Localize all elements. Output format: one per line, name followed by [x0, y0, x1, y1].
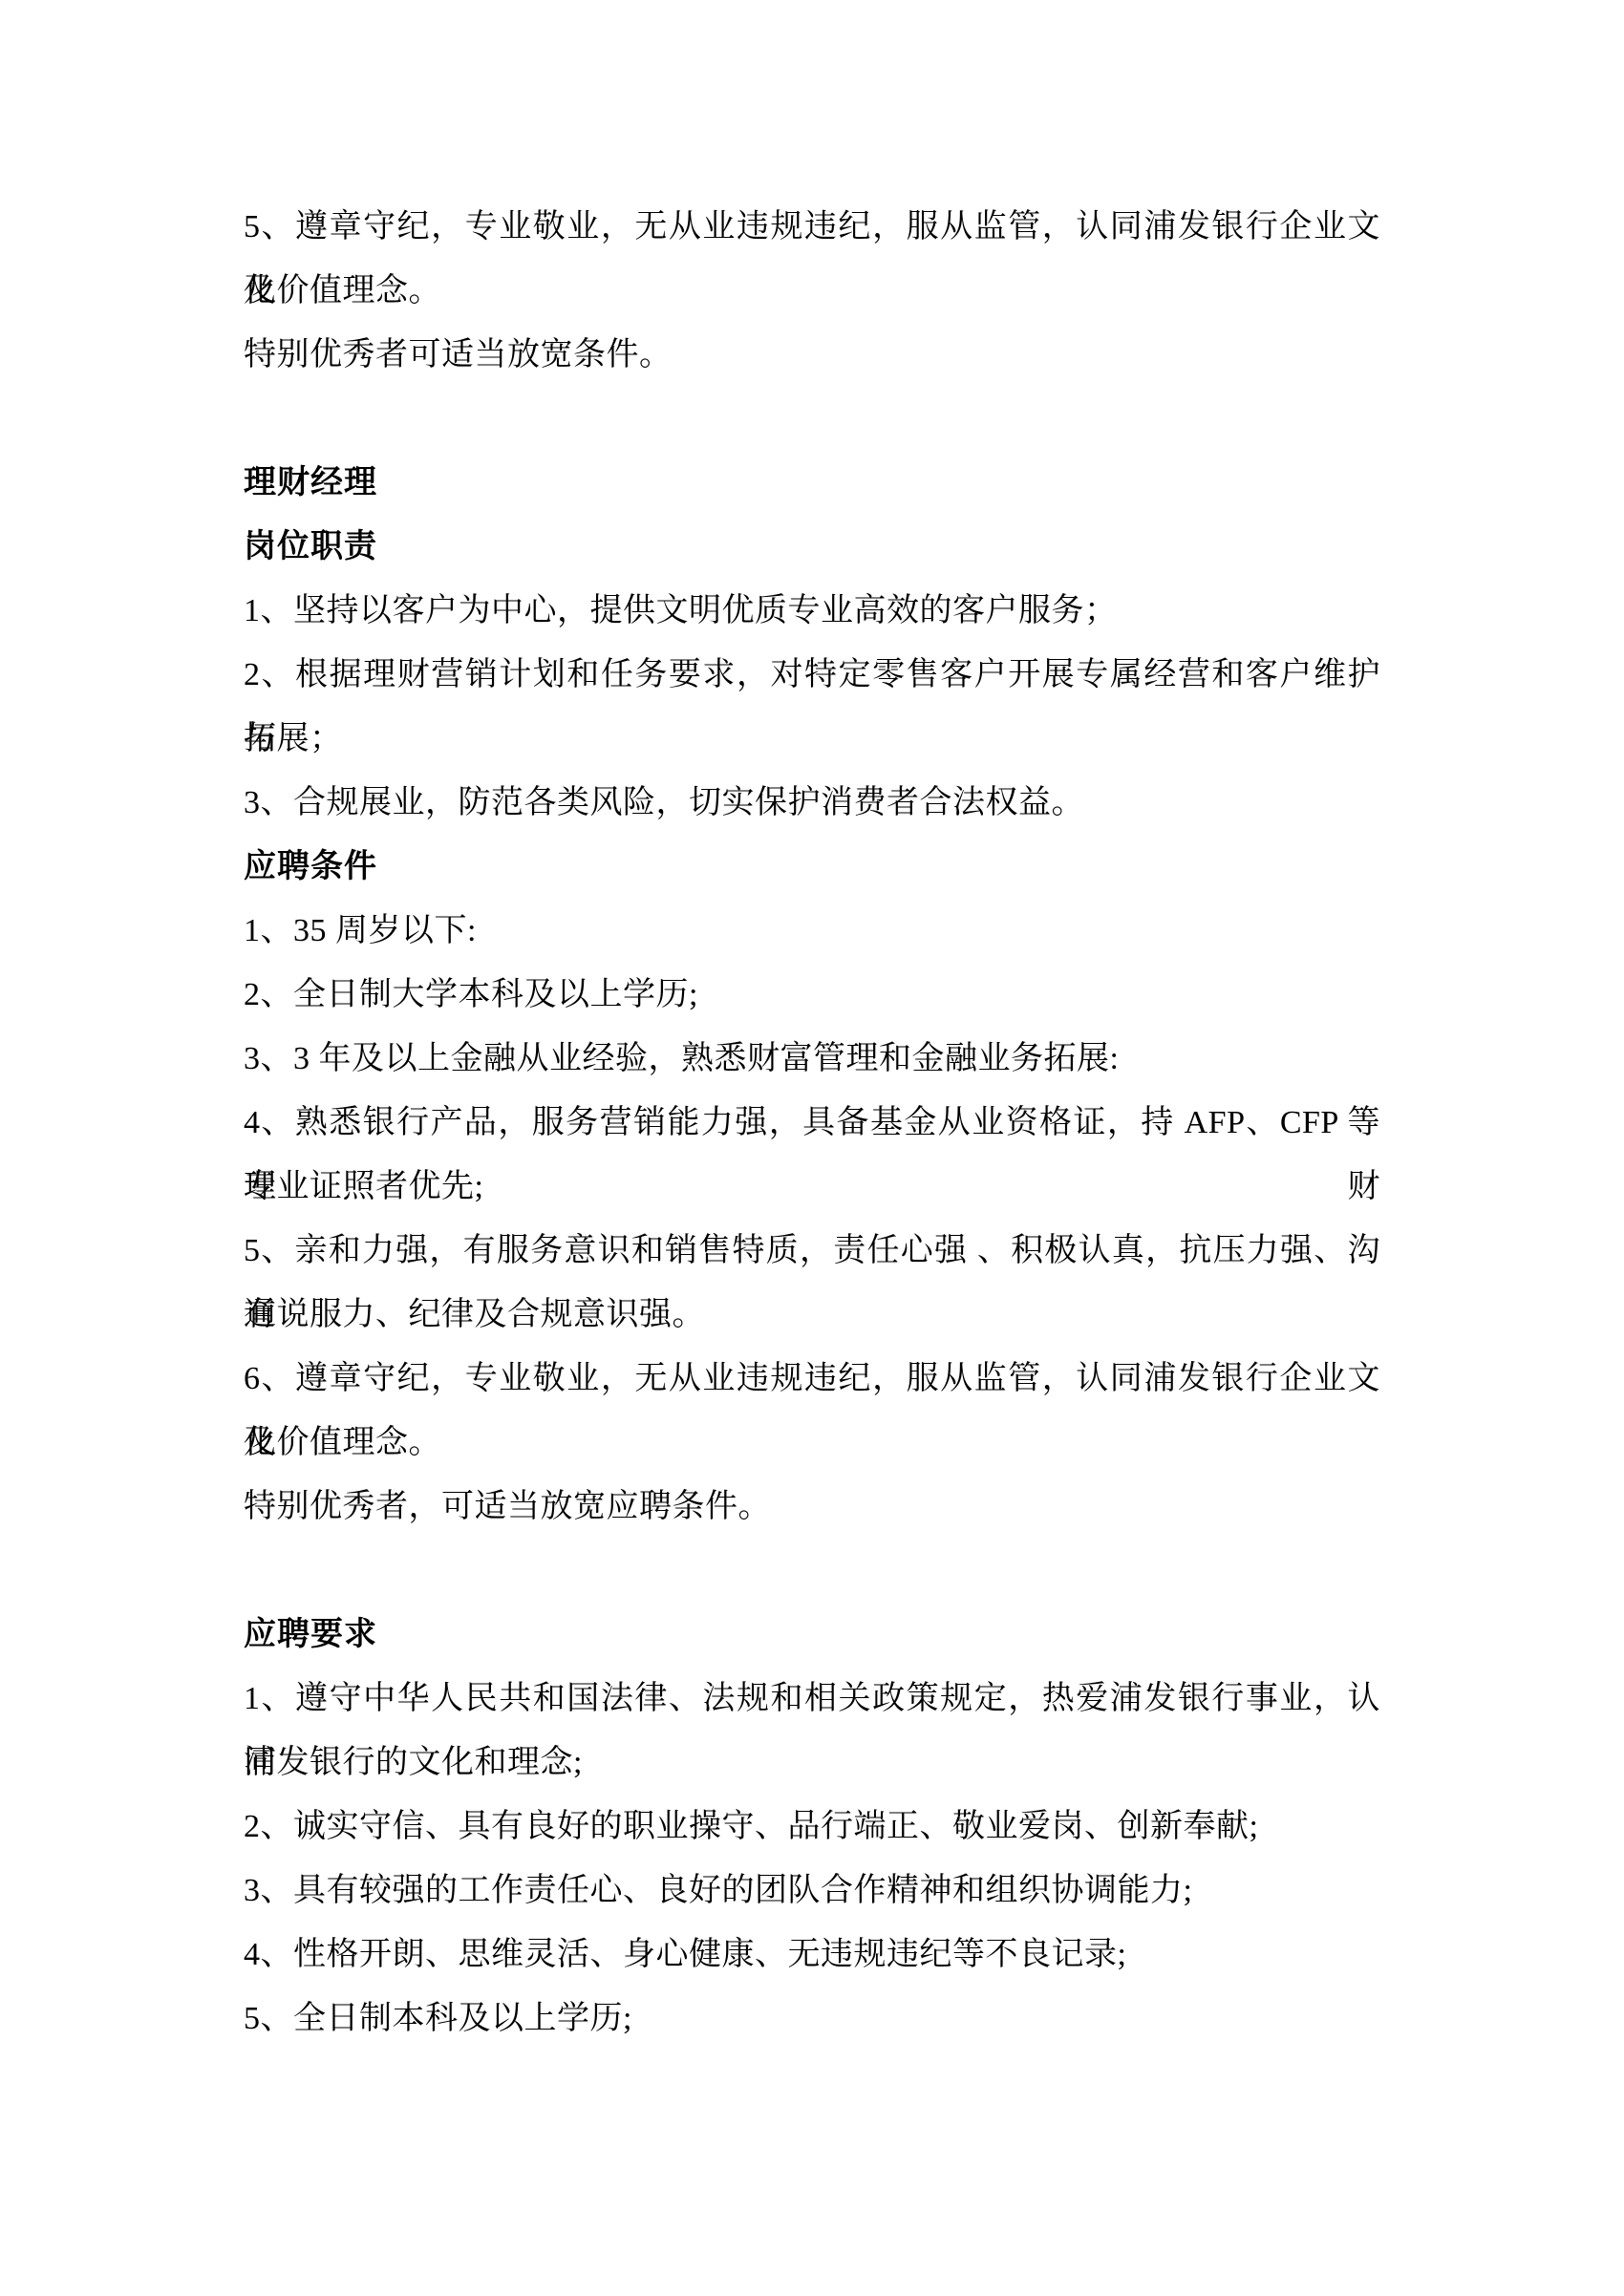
conditions-heading-line-1: 应聘条件: [244, 835, 1380, 899]
condition-item-6-line-1: 6、遵章守纪，专业敬业，无从业违规违纪，服从监管，认同浦发银行企业文化: [244, 1347, 1380, 1411]
requirement-item-4-line-1: 4、性格开朗、思维灵活、身心健康、无违规违纪等不良记录;: [244, 1923, 1380, 1987]
conditions-note-line-1: 特别优秀者，可适当放宽应聘条件。: [244, 1475, 1380, 1539]
blank-line-1: [244, 387, 1380, 451]
blank-line-2: [244, 1539, 1380, 1603]
duty-item-1-line-1: 1、坚持以客户为中心，提供文明优质专业高效的客户服务；: [244, 579, 1380, 643]
condition-item-5-line-2: 有说服力、纪律及合规意识强。: [244, 1283, 1380, 1347]
duty-item-3-line-1: 3、合规展业，防范各类风险，切实保护消费者合法权益。: [244, 771, 1380, 835]
requirement-item-5-line-1: 5、全日制本科及以上学历;: [244, 1987, 1380, 2051]
requirement-item-1-line-2: 浦发银行的文化和理念;: [244, 1731, 1380, 1795]
requirements-heading-line-1: 应聘要求: [244, 1603, 1380, 1667]
requirement-item-1-line-1: 1、遵守中华人民共和国法律、法规和相关政策规定，热爱浦发银行事业，认同: [244, 1667, 1380, 1731]
condition-item-6-line-2: 及价值理念。: [244, 1411, 1380, 1475]
condition-item-2-line-1: 2、全日制大学本科及以上学历;: [244, 963, 1380, 1027]
requirement-item-3-line-1: 3、具有较强的工作责任心、良好的团队合作精神和组织协调能力;: [244, 1859, 1380, 1923]
document-page: 5、遵章守纪，专业敬业，无从业违规违纪，服从监管，认同浦发银行企业文化及价值理念…: [0, 0, 1624, 2051]
requirement-item-2-line-1: 2、诚实守信、具有良好的职业操守、品行端正、敬业爱岗、创新奉献;: [244, 1795, 1380, 1859]
condition-item-4-line-1: 4、熟悉银行产品，服务营销能力强，具备基金从业资格证，持 AFP、CFP 等理财: [244, 1091, 1380, 1155]
prev-section-item-5-line-2: 及价值理念。: [244, 259, 1380, 323]
duty-item-2-line-1: 2、根据理财营销计划和任务要求，对特定零售客户开展专属经营和客户维护与: [244, 643, 1380, 707]
prev-section-item-5-line-1: 5、遵章守纪，专业敬业，无从业违规违纪，服从监管，认同浦发银行企业文化: [244, 195, 1380, 259]
job-title-heading-line-1: 理财经理: [244, 451, 1380, 515]
duty-item-2-line-2: 拓展；: [244, 707, 1380, 771]
condition-item-5-line-1: 5、亲和力强，有服务意识和销售特质，责任心强 、积极认真，抗压力强、沟通: [244, 1219, 1380, 1283]
duties-heading-line-1: 岗位职责: [244, 515, 1380, 579]
condition-item-3-line-1: 3、3 年及以上金融从业经验，熟悉财富管理和金融业务拓展:: [244, 1027, 1380, 1091]
prev-section-note-line-1: 特别优秀者可适当放宽条件。: [244, 323, 1380, 387]
condition-item-1-line-1: 1、35 周岁以下:: [244, 899, 1380, 963]
